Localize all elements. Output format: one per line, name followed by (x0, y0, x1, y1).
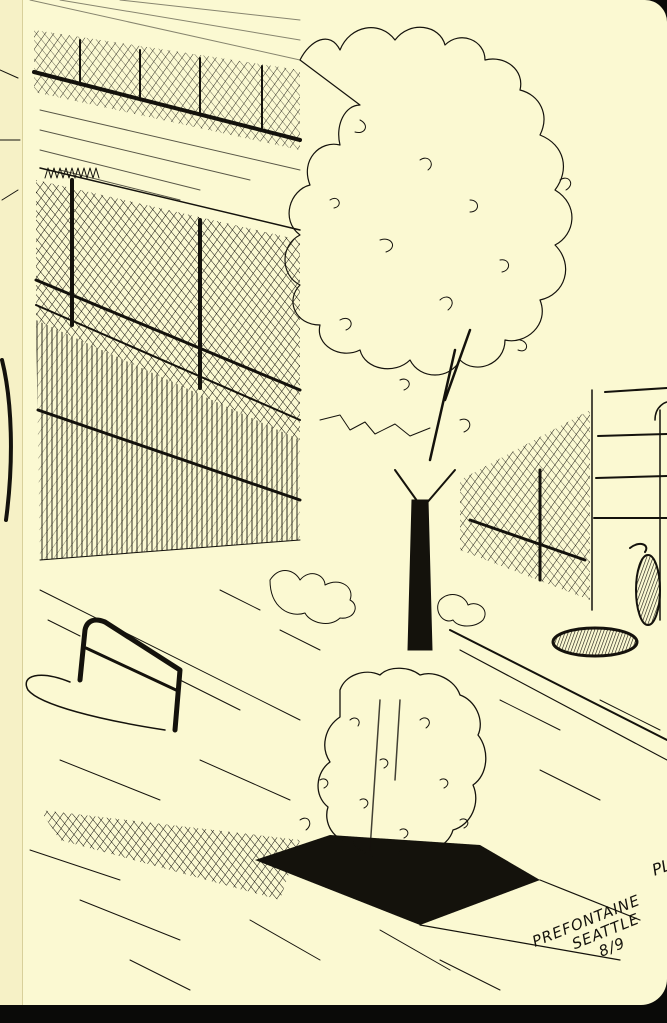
upper-railing (30, 0, 300, 150)
tree-canopy (285, 27, 572, 460)
manhole-cover (553, 628, 637, 656)
tree-shadow (40, 810, 300, 900)
ground-bushes (270, 571, 485, 626)
sketchbook-page: PREFONTAINESEATTLE8/9 PL (0, 0, 667, 1005)
previous-page-sketch (0, 70, 20, 520)
lower-fence-right (460, 410, 590, 600)
curb-lines (40, 590, 667, 800)
sketchbook-photo: PREFONTAINESEATTLE8/9 PL (0, 0, 667, 1023)
ink-drawing (0, 0, 667, 1005)
bicycle (630, 544, 660, 625)
tree-trunk (395, 470, 455, 650)
shrub (300, 668, 486, 857)
bike-rack (26, 620, 180, 730)
